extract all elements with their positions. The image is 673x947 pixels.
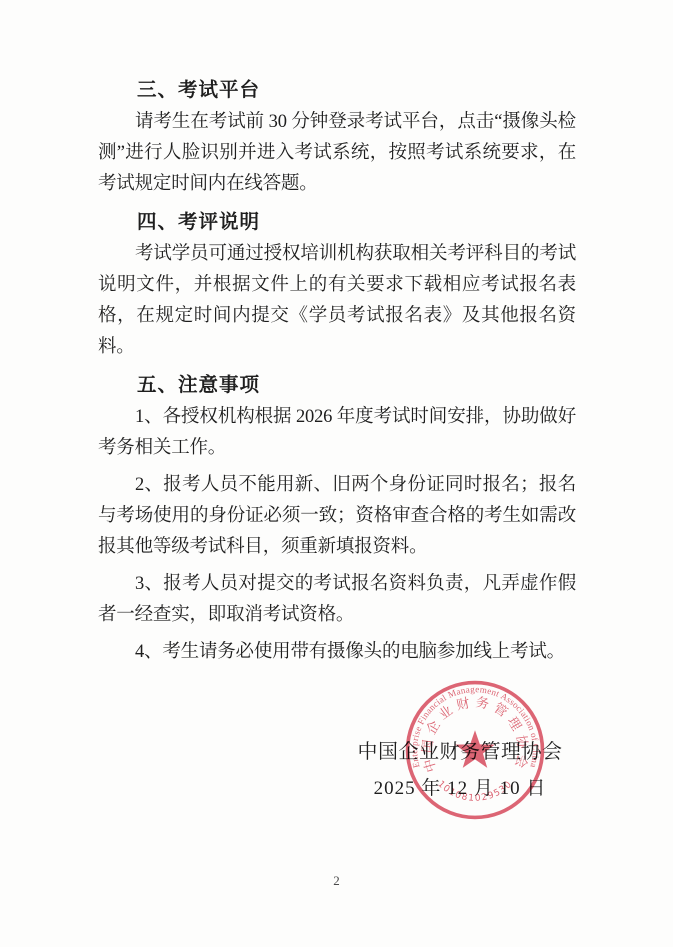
list-item-1: 1、各授权机构根据 2026 年度考试时间安排，协助做好考务相关工作。 <box>98 402 576 464</box>
list-item-3: 3、报考人员对提交的考试报名资料负责，凡弄虚作假者一经查实，即取消考试资格。 <box>98 569 576 631</box>
section-exam-platform: 三、考试平台 请考生在考试前 30 分钟登录考试平台，点击“摄像头检测”进行人脸… <box>98 75 576 200</box>
section-heading: 五、注意事项 <box>98 370 576 401</box>
page-number: 2 <box>0 873 673 889</box>
section-evaluation-notes: 四、考评说明 考试学员可通过授权培训机构获取相关考评科目的考试说明文件，并根据文… <box>98 207 576 363</box>
paragraph: 请考生在考试前 30 分钟登录考试平台，点击“摄像头检测”进行人脸识别并进入考试… <box>98 107 576 200</box>
section-heading: 三、考试平台 <box>98 75 576 106</box>
document-body: 三、考试平台 请考生在考试前 30 分钟登录考试平台，点击“摄像头检测”进行人脸… <box>98 68 576 674</box>
section-heading: 四、考评说明 <box>98 207 576 238</box>
document-page: 三、考试平台 请考生在考试前 30 分钟登录考试平台，点击“摄像头检测”进行人脸… <box>0 0 673 947</box>
seal-star-icon <box>455 730 495 768</box>
official-seal-stamp: Enterprise Financial Management Associat… <box>404 679 546 821</box>
section-precautions: 五、注意事项 1、各授权机构根据 2026 年度考试时间安排，协助做好考务相关工… <box>98 370 576 668</box>
paragraph: 考试学员可通过授权培训机构获取相关考评科目的考试说明文件，并根据文件上的有关要求… <box>98 239 576 363</box>
list-item-4: 4、考生请务必使用带有摄像头的电脑参加线上考试。 <box>98 637 576 668</box>
list-item-2: 2、报考人员不能用新、旧两个身份证同时报名；报名与考场使用的身份证必须一致；资格… <box>98 470 576 563</box>
